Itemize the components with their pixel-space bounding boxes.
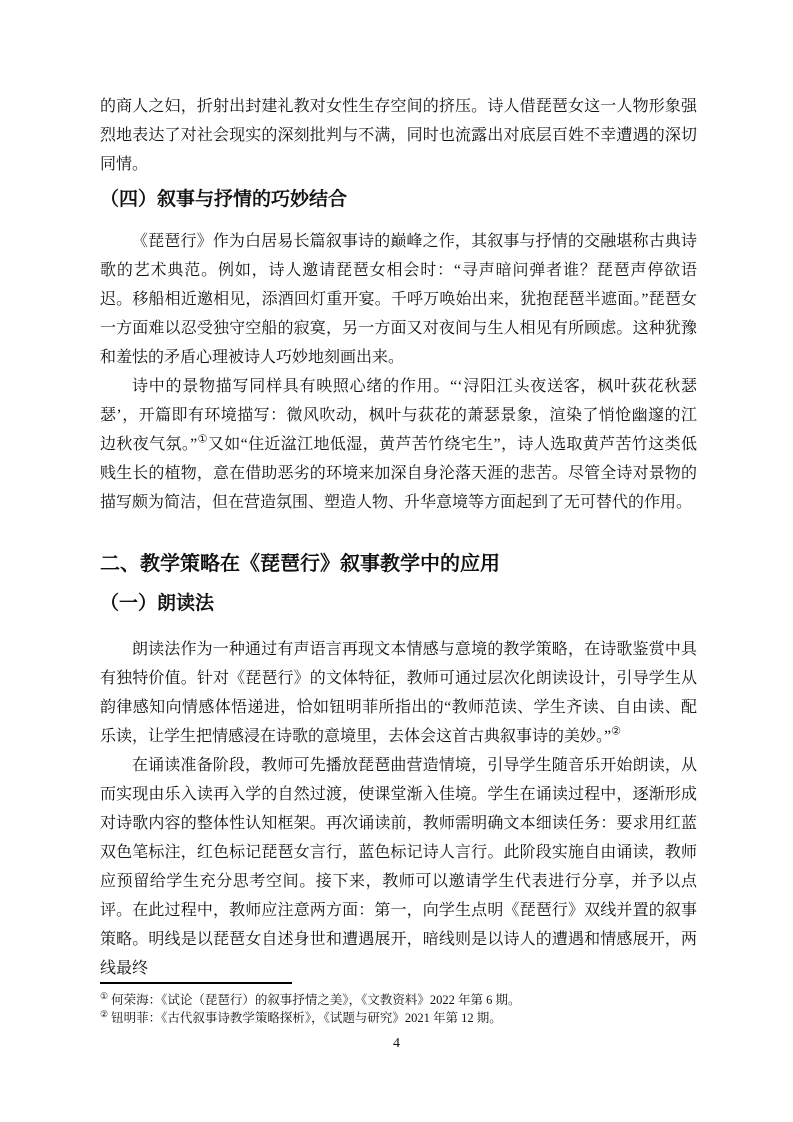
footnote-2: ②钮明菲：《古代叙事诗教学策略探析》，《试题与研究》2021 年第 12 期。 (100, 1009, 697, 1027)
paragraph-narrative-lyric-fusion: 《琵琶行》作为白居易长篇叙事诗的巅峰之作，其叙事与抒情的交融堪称古典诗歌的艺术典… (100, 227, 697, 372)
heading-section-4: （四）叙事与抒情的巧妙结合 (100, 185, 697, 215)
paragraph-scenery-description: 诗中的景物描写同样具有映照心绪的作用。“‘浔阳江头夜送客，枫叶荻花秋瑟瑟’，开篇… (100, 372, 697, 517)
footnote-2-text: 钮明菲：《古代叙事诗教学策略探析》，《试题与研究》2021 年第 12 期。 (111, 1011, 502, 1025)
heading-chapter-2: 二、教学策略在《琵琶行》叙事教学中的应用 (100, 549, 697, 579)
footnote-ref-2: ② (611, 726, 621, 738)
footnotes-section: ①何荣海：《试论（琵琶行）的叙事抒情之美》，《文教资料》2022 年第 6 期。… (100, 982, 697, 1027)
paragraph-continuation: 的商人之妇，折射出封建礼教对女性生存空间的挤压。诗人借琵琶女这一人物形象强烈地表… (100, 92, 697, 179)
footnote-2-marker: ② (100, 1009, 108, 1019)
paragraph-reading-preparation: 在诵读准备阶段，教师可先播放琵琶曲营造情境，引导学生随音乐开始朗读，从而实现由乐… (100, 751, 697, 983)
footnote-ref-1: ① (197, 434, 208, 446)
footnote-1-text: 何荣海：《试论（琵琶行）的叙事抒情之美》，《文教资料》2022 年第 6 期。 (111, 993, 520, 1007)
reading-method-text: 朗读法作为一种通过有声语言再现文本情感与意境的教学策略，在诗歌鉴赏中具有独特价值… (100, 641, 697, 745)
footnote-separator-line (100, 982, 292, 984)
footnote-1-marker: ① (100, 991, 108, 1001)
footnote-1: ①何荣海：《试论（琵琶行）的叙事抒情之美》，《文教资料》2022 年第 6 期。 (100, 991, 697, 1009)
paragraph-reading-method-intro: 朗读法作为一种通过有声语言再现文本情感与意境的教学策略，在诗歌鉴赏中具有独特价值… (100, 635, 697, 751)
heading-subsection-1-reading-method: （一）朗读法 (100, 589, 697, 619)
page-number: 4 (0, 1034, 793, 1054)
document-page: 的商人之妇，折射出封建礼教对女性生存空间的挤压。诗人借琵琶女这一人物形象强烈地表… (0, 0, 793, 1122)
